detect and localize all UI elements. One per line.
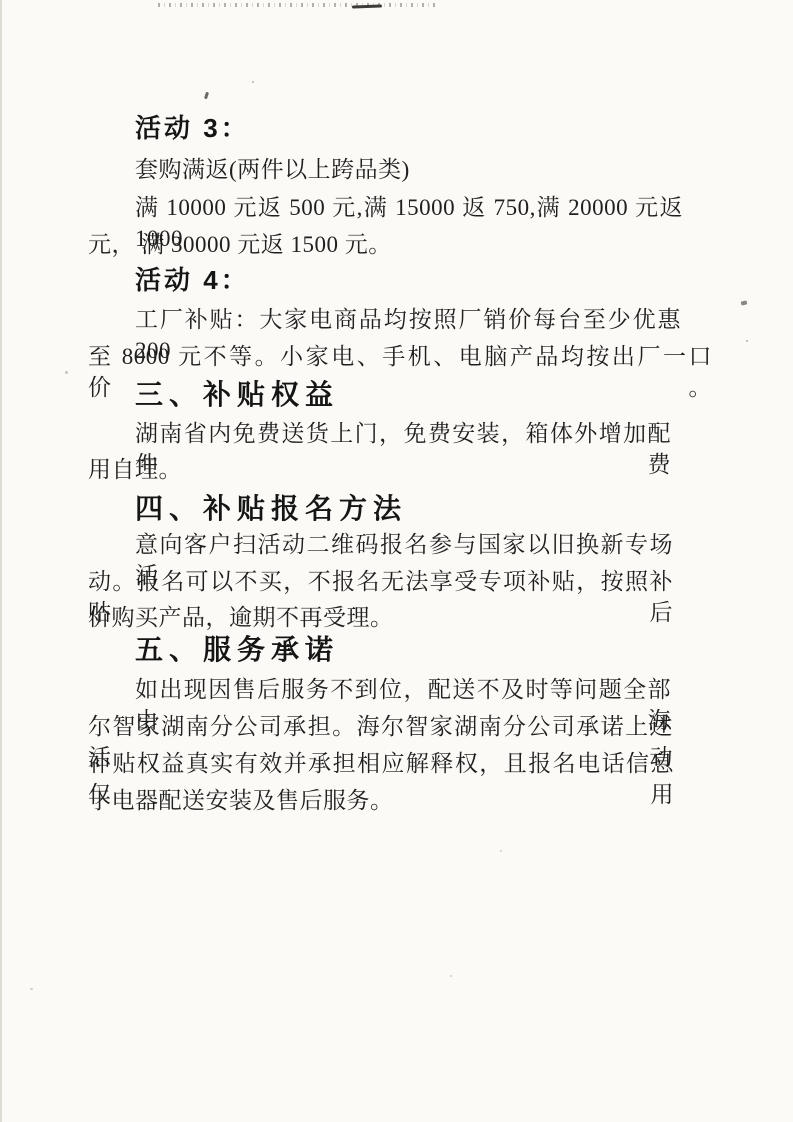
heading-section-3-subsidy-benefits: 三、补贴权益: [135, 379, 339, 411]
ink-speck: [65, 371, 68, 374]
ink-speck: [746, 340, 748, 342]
line-commitment-4: 于电器配送安装及售后服务。: [88, 785, 394, 816]
ink-speck: [450, 975, 452, 977]
ink-speck: [30, 988, 33, 990]
ink-speck: [204, 92, 209, 100]
scanned-document-page: 活动 3： 套购满返(两件以上跨品类) 满 10000 元返 500 元,满 1…: [0, 0, 793, 1122]
line-bundle-promo: 套购满返(两件以上跨品类): [135, 154, 410, 185]
ink-speck: [741, 300, 748, 305]
scan-noise-dash: [352, 4, 382, 8]
heading-section-5-service-commitment: 五、服务承诺: [135, 634, 339, 666]
scan-noise-top-edge: [158, 3, 436, 7]
line-benefits-2: 用自理。: [88, 454, 182, 485]
line-benefits-1: 湖南省内免费送货上门，免费安装，箱体外增加配件费: [135, 418, 671, 480]
line-rebate-tiers-2: 元， 满 30000 元返 1500 元。: [88, 229, 392, 260]
heading-activity-4: 活动 4：: [135, 265, 250, 296]
scan-left-edge-line: [0, 0, 2, 1122]
line-registration-3: 价购买产品，逾期不再受理。: [88, 602, 394, 633]
heading-section-4-registration-method: 四、补贴报名方法: [135, 493, 407, 525]
heading-activity-3: 活动 3：: [135, 113, 250, 144]
ink-speck: [500, 850, 502, 852]
ink-speck: [252, 81, 254, 83]
